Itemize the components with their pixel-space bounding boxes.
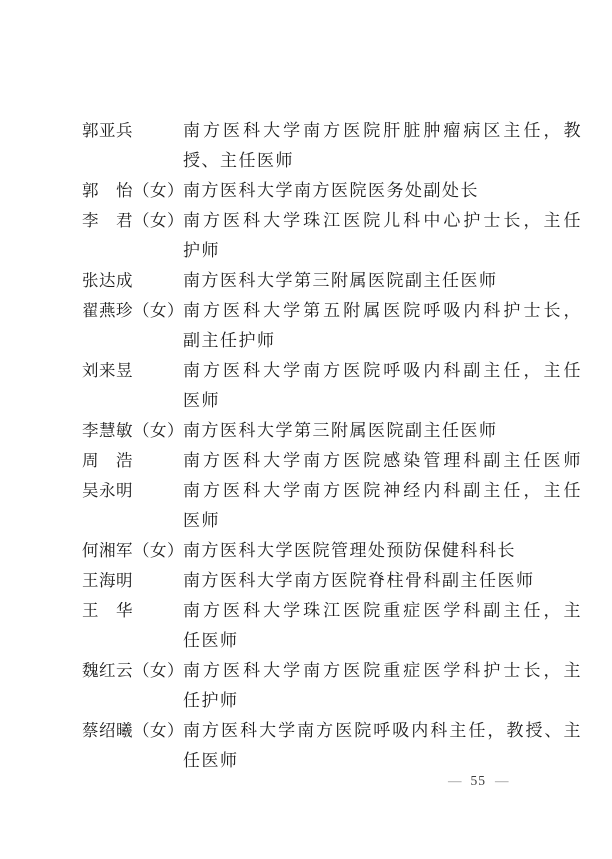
entry-row: 郭 怡（女） 南方医科大学南方医院医务处副处长: [82, 176, 582, 206]
position-text: 南方医科大学南方医院感染管理科副主任医师: [183, 446, 582, 476]
entry-row: 魏红云（女） 南方医科大学南方医院重症医学科护士长，主任护师: [82, 656, 582, 716]
position-line: 南方医科大学第三附属医院副主任医师: [183, 416, 582, 446]
entry-row: 郭亚兵 南方医科大学南方医院肝脏肿瘤病区主任，教授、主任医师: [82, 116, 582, 176]
person-name: 刘来昱: [82, 356, 183, 386]
entry-row: 王 华 南方医科大学珠江医院重症医学科副主任，主任医师: [82, 596, 582, 656]
entry-row: 王海明 南方医科大学南方医院脊柱骨科副主任医师: [82, 566, 582, 596]
entry-row: 周 浩 南方医科大学南方医院感染管理科副主任医师: [82, 446, 582, 476]
position-text: 南方医科大学医院管理处预防保健科科长: [183, 536, 582, 566]
position-line: 南方医科大学南方医院重症医学科护士长，主: [183, 656, 582, 686]
person-name: 李 君（女）: [82, 206, 183, 236]
position-text: 南方医科大学南方医院肝脏肿瘤病区主任，教授、主任医师: [183, 116, 582, 176]
position-line: 任护师: [183, 686, 582, 716]
document-page: 郭亚兵 南方医科大学南方医院肝脏肿瘤病区主任，教授、主任医师 郭 怡（女） 南方…: [0, 0, 612, 859]
entry-row: 何湘军（女） 南方医科大学医院管理处预防保健科科长: [82, 536, 582, 566]
entry-row: 李慧敏（女） 南方医科大学第三附属医院副主任医师: [82, 416, 582, 446]
position-text: 南方医科大学珠江医院重症医学科副主任，主任医师: [183, 596, 582, 656]
entry-row: 刘来昱 南方医科大学南方医院呼吸内科副主任，主任医师: [82, 356, 582, 416]
position-line: 南方医科大学第三附属医院副主任医师: [183, 266, 582, 296]
position-line: 护师: [183, 236, 582, 266]
appointments-list: 郭亚兵 南方医科大学南方医院肝脏肿瘤病区主任，教授、主任医师 郭 怡（女） 南方…: [82, 116, 582, 776]
position-line: 南方医科大学南方医院呼吸内科副主任，主任: [183, 356, 582, 386]
position-text: 南方医科大学南方医院呼吸内科主任，教授、主任医师: [183, 716, 582, 776]
page-number-dash-right: —: [495, 773, 509, 788]
position-line: 授、主任医师: [183, 146, 582, 176]
position-text: 南方医科大学南方医院脊柱骨科副主任医师: [183, 566, 582, 596]
entry-row: 蔡绍曦（女） 南方医科大学南方医院呼吸内科主任，教授、主任医师: [82, 716, 582, 776]
position-line: 任医师: [183, 746, 582, 776]
person-name: 郭 怡（女）: [82, 176, 183, 206]
page-number-dash-left: —: [448, 773, 462, 788]
entry-row: 张达成 南方医科大学第三附属医院副主任医师: [82, 266, 582, 296]
position-line: 任医师: [183, 626, 582, 656]
position-line: 南方医科大学南方医院肝脏肿瘤病区主任，教: [183, 116, 582, 146]
person-name: 王海明: [82, 566, 183, 596]
person-name: 蔡绍曦（女）: [82, 716, 183, 746]
position-text: 南方医科大学第三附属医院副主任医师: [183, 266, 582, 296]
position-line: 医师: [183, 386, 582, 416]
position-line: 南方医科大学第五附属医院呼吸内科护士长，: [183, 296, 582, 326]
position-line: 副主任护师: [183, 326, 582, 356]
position-text: 南方医科大学第三附属医院副主任医师: [183, 416, 582, 446]
position-line: 南方医科大学珠江医院儿科中心护士长，主任: [183, 206, 582, 236]
person-name: 王 华: [82, 596, 183, 626]
position-line: 南方医科大学南方医院感染管理科副主任医师: [183, 446, 582, 476]
position-line: 医师: [183, 506, 582, 536]
position-text: 南方医科大学第五附属医院呼吸内科护士长，副主任护师: [183, 296, 582, 356]
page-number: —55—: [448, 773, 509, 789]
person-name: 郭亚兵: [82, 116, 183, 146]
person-name: 魏红云（女）: [82, 656, 183, 686]
position-text: 南方医科大学南方医院呼吸内科副主任，主任医师: [183, 356, 582, 416]
position-line: 南方医科大学医院管理处预防保健科科长: [183, 536, 582, 566]
position-line: 南方医科大学南方医院脊柱骨科副主任医师: [183, 566, 582, 596]
position-line: 南方医科大学南方医院医务处副处长: [183, 176, 582, 206]
entry-row: 吴永明 南方医科大学南方医院神经内科副主任，主任医师: [82, 476, 582, 536]
position-text: 南方医科大学南方医院神经内科副主任，主任医师: [183, 476, 582, 536]
person-name: 周 浩: [82, 446, 183, 476]
person-name: 何湘军（女）: [82, 536, 183, 566]
position-text: 南方医科大学珠江医院儿科中心护士长，主任护师: [183, 206, 582, 266]
person-name: 李慧敏（女）: [82, 416, 183, 446]
position-line: 南方医科大学南方医院呼吸内科主任，教授、主: [183, 716, 582, 746]
person-name: 翟燕珍（女）: [82, 296, 183, 326]
position-line: 南方医科大学南方医院神经内科副主任，主任: [183, 476, 582, 506]
position-line: 南方医科大学珠江医院重症医学科副主任，主: [183, 596, 582, 626]
person-name: 吴永明: [82, 476, 183, 506]
entry-row: 翟燕珍（女） 南方医科大学第五附属医院呼吸内科护士长，副主任护师: [82, 296, 582, 356]
person-name: 张达成: [82, 266, 183, 296]
position-text: 南方医科大学南方医院重症医学科护士长，主任护师: [183, 656, 582, 716]
page-number-value: 55: [471, 773, 487, 788]
entry-row: 李 君（女） 南方医科大学珠江医院儿科中心护士长，主任护师: [82, 206, 582, 266]
position-text: 南方医科大学南方医院医务处副处长: [183, 176, 582, 206]
